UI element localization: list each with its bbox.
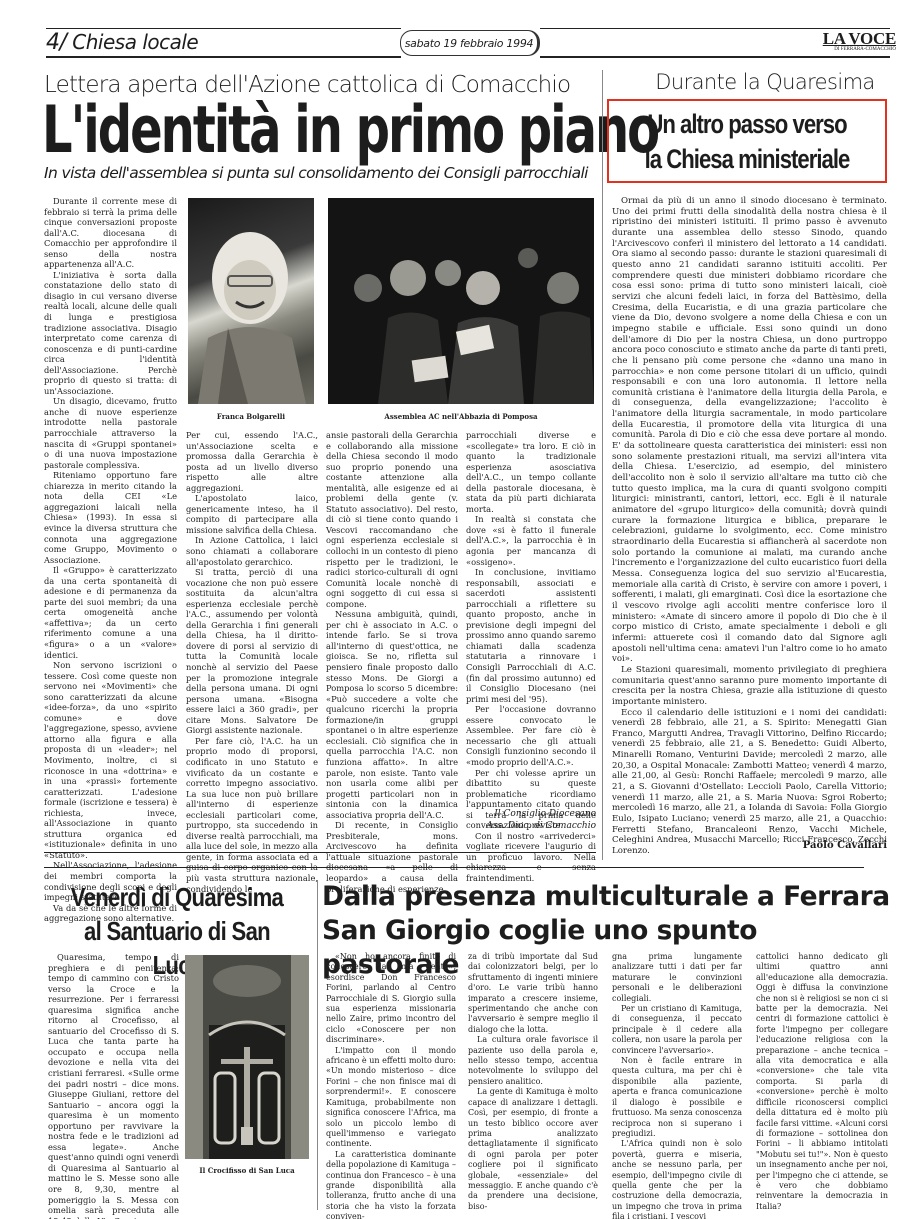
paragraph: La cultura orale favorisce il paziente u… [468, 1035, 598, 1087]
right-headline-line-1: Un altro passo verso [639, 107, 855, 142]
paragraph: Non servono iscrizioni o tessere. Così c… [44, 660, 177, 860]
date-text: sabato 19 febbraio 1994 [405, 37, 533, 50]
paragraph: Quaresima, tempo di preghiera e di penit… [48, 952, 179, 1219]
paragraph: Per cui, essendo l'A.C., un'Associazione… [186, 430, 318, 493]
photo-assembly-pomposa [328, 198, 594, 404]
bottom-left-headline-line-1: Venerdì di Quaresima [71, 880, 283, 914]
paragraph: za di tribù importate dal Sud dai coloni… [468, 952, 598, 1035]
bottom-right-column-2: za di tribù importate dal Sud dai coloni… [468, 952, 598, 1212]
paragraph: gna prima lungamente analizzare tutti i … [612, 952, 742, 1004]
right-byline: Paolo Cavallari [700, 840, 887, 851]
paragraph: Ormai da più di un anno il sinodo dioces… [612, 196, 887, 665]
paragraph: L'impatto con il mondo africano è un eff… [326, 1046, 456, 1150]
paragraph: Riteniamo opportuno fare chiarezza in me… [44, 470, 177, 565]
masthead-subtitle: DI FERRARA-COMACCHIO [823, 47, 896, 52]
paragraph: L'apostolato laico, genericamente inteso… [186, 493, 318, 535]
header-bottom-rule-right [540, 56, 890, 58]
crowd-photo-icon [328, 198, 594, 404]
paragraph: Nessuna ambiguità, quindi, per chi è ass… [326, 609, 458, 820]
paragraph: Il «Gruppo» è caratterizzato da una cert… [44, 565, 177, 660]
portrait-icon [188, 198, 314, 404]
paragraph: Per un cristiano di Kamituga, di consegu… [612, 1004, 742, 1056]
paragraph: parrocchiali diverse e «scollegate» tra … [466, 430, 596, 514]
crucifix-altar-icon [185, 955, 309, 1159]
paragraph: Durante il corrente mese di febbraio si … [44, 196, 177, 270]
paragraph: Per fare ciò, l'A.C. ha un proprio modo … [186, 736, 318, 894]
main-bottom-rule [44, 852, 596, 853]
signature-line-2: Ass. Dioc. di Comacchio [466, 820, 596, 832]
right-kicker: Durante la Quaresima [640, 70, 890, 94]
header-bottom-rule-left [46, 56, 401, 58]
section-label: 4/ Chiesa locale [46, 30, 198, 55]
signature-line-1: Il Consiglio Diocesano [466, 808, 596, 820]
paragraph: La caratteristica dominante della popola… [326, 1150, 456, 1219]
right-headline-box: Un altro passo verso la Chiesa ministeri… [607, 99, 887, 183]
bottom-right-column-4: cattolici hanno dedicato gli ultimi quat… [756, 952, 888, 1212]
bottom-column-divider [317, 880, 318, 1210]
main-headline: L'identità in primo piano [42, 98, 658, 163]
column-divider-vertical [602, 70, 603, 860]
paragraph: La gente di Kamituga è molto capace di a… [468, 1087, 598, 1212]
paragraph: cattolici hanno dedicato gli ultimi quat… [756, 952, 888, 1212]
photo-crocifisso-san-luca [185, 955, 309, 1159]
section-separator-rule [44, 867, 864, 868]
paragraph: L'iniziativa è sorta dalla constatazione… [44, 270, 177, 397]
section-name: Chiesa locale [72, 30, 198, 54]
bottom-left-body: Quaresima, tempo di preghiera e di penit… [48, 952, 179, 1219]
page-number: 4/ [46, 30, 66, 55]
bottom-right-column-3: gna prima lungamente analizzare tutti i … [612, 952, 742, 1219]
paragraph: Si tratta, perciò di una vocazione che n… [186, 567, 318, 736]
paragraph: Non è facile entrare in questa cultura, … [612, 1056, 742, 1139]
paragraph: Ecco il calendario delle istituzioni e i… [612, 708, 887, 857]
main-column-2: Per cui, essendo l'A.C., un'Associazione… [186, 430, 318, 894]
main-column-3: ansie pastorali della Gerarchia e collab… [326, 430, 458, 894]
photo-caption-1: Franca Bolgarelli [188, 412, 314, 421]
photo-caption-3: Il Crocifisso di San Luca [185, 1166, 309, 1175]
photo-caption-2: Assemblea AC nell'Abbazia di Pomposa [328, 412, 594, 421]
paragraph: In conclusione, invitiamo responsabili, … [466, 567, 596, 704]
masthead-title: LA VOCE [823, 30, 896, 47]
bottom-right-column-1: «Non ho ancora finito di conoscere la mi… [326, 952, 456, 1219]
photo-franca-bolgarelli [188, 198, 314, 404]
paragraph: Un disagio, dicevamo, frutto anche di nu… [44, 396, 177, 470]
paragraph: L'Africa quindi non è solo povertà, guer… [612, 1139, 742, 1219]
paragraph: Le Stazioni quaresimali, momento privile… [612, 665, 887, 708]
right-story-body: Ormai da più di un anno il sinodo dioces… [612, 196, 887, 857]
paragraph: ansie pastorali della Gerarchia e collab… [326, 430, 458, 609]
main-signature: Il Consiglio Diocesano Ass. Dioc. di Com… [466, 808, 596, 832]
main-column-1: Durante il corrente mese di febbraio si … [44, 196, 177, 924]
paragraph: Con il nostro «arrivederci» vogliate ric… [466, 831, 596, 884]
bottom-right-headline-line-1: Dalla presenza multiculturale a Ferrara [322, 880, 892, 914]
paragraph: In realtà si constata che dove «si è fat… [466, 514, 596, 567]
main-subhead: In vista dell'assemblea si punta sul con… [44, 164, 588, 182]
right-headline-line-2: la Chiesa ministeriale [639, 142, 855, 177]
paragraph: Per l'occasione dovranno essere convocat… [466, 704, 596, 767]
date-badge: sabato 19 febbraio 1994 [400, 30, 540, 56]
header-top-rule-left [46, 28, 401, 29]
paragraph: «Non ho ancora finito di conoscere la mi… [326, 952, 456, 1046]
masthead: LA VOCE DI FERRARA-COMACCHIO [823, 30, 896, 52]
paragraph: In Azione Cattolica, i laici sono chiama… [186, 535, 318, 567]
